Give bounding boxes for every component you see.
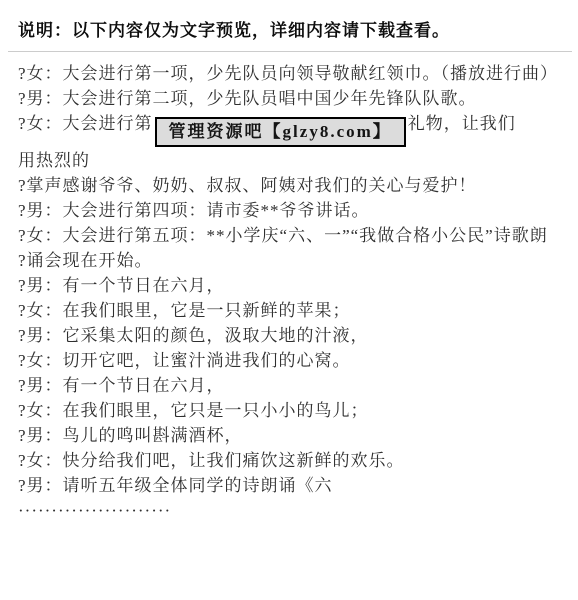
- document-preview: 说明：以下内容仅为文字预览，详细内容请下载查看。 ?女：大会进行第一项，少先队员…: [0, 0, 578, 523]
- dialogue-line: ?男：大会进行第四项：请市委**爷爷讲话。: [18, 198, 566, 223]
- dialogue-line: ?女：切开它吧，让蜜汁淌进我们的心窝。: [18, 348, 566, 373]
- dialogue-line: ?女：大会进行第一项，少先队员向领导敬献红领巾。（播放进行曲）: [18, 61, 566, 86]
- dialogue-fragment-before: ?女：大会进行第: [18, 114, 153, 133]
- dialogue-line: ?男：有一个节日在六月，: [18, 373, 566, 398]
- dialogue-line: ?男：鸟儿的鸣叫斟满酒杯，: [18, 423, 566, 448]
- dialogue-line: ?女：快分给我们吧，让我们痛饮这新鲜的欢乐。: [18, 448, 566, 473]
- dialogue-line: ?男：大会进行第二项，少先队员唱中国少年先锋队队歌。: [18, 86, 566, 111]
- dialogue-line: ?女：大会进行第五项：**小学庆“六、一”“我做合格小公民”诗歌朗: [18, 223, 566, 248]
- dialogue-line: ?掌声感谢爷爷、奶奶、叔叔、阿姨对我们的关心与爱护！: [18, 173, 566, 198]
- notice-heading: 说明：以下内容仅为文字预览，详细内容请下载查看。: [18, 16, 566, 41]
- document-body: ?女：大会进行第一项，少先队员向领导敬献红领巾。（播放进行曲） ?男：大会进行第…: [18, 61, 566, 523]
- header-divider: [8, 51, 572, 52]
- ellipsis-row: ·······················: [18, 498, 566, 523]
- dialogue-line: ?女：在我们眼里，它只是一只小小的鸟儿；: [18, 398, 566, 423]
- dialogue-line: ?诵会现在开始。: [18, 248, 566, 273]
- watermark-badge: 管理资源吧【glzy8.com】: [155, 117, 406, 147]
- dialogue-line: ?男：它采集太阳的颜色，汲取大地的汁液，: [18, 323, 566, 348]
- dialogue-line: ?男：有一个节日在六月，: [18, 273, 566, 298]
- dialogue-fragment-continuation: 用热烈的: [18, 151, 90, 170]
- dialogue-line-with-watermark: ?女：大会进行第管理资源吧【glzy8.com】礼物，让我们用热烈的: [18, 111, 566, 173]
- dialogue-line: ?女：在我们眼里，它是一只新鲜的苹果；: [18, 298, 566, 323]
- dialogue-line: ?男：请听五年级全体同学的诗朗诵《六: [18, 473, 566, 498]
- preview-page: { "header": { "notice": "说明：以下内容仅为文字预览，详…: [0, 0, 578, 600]
- dialogue-fragment-after: 礼物，让我们: [408, 114, 516, 133]
